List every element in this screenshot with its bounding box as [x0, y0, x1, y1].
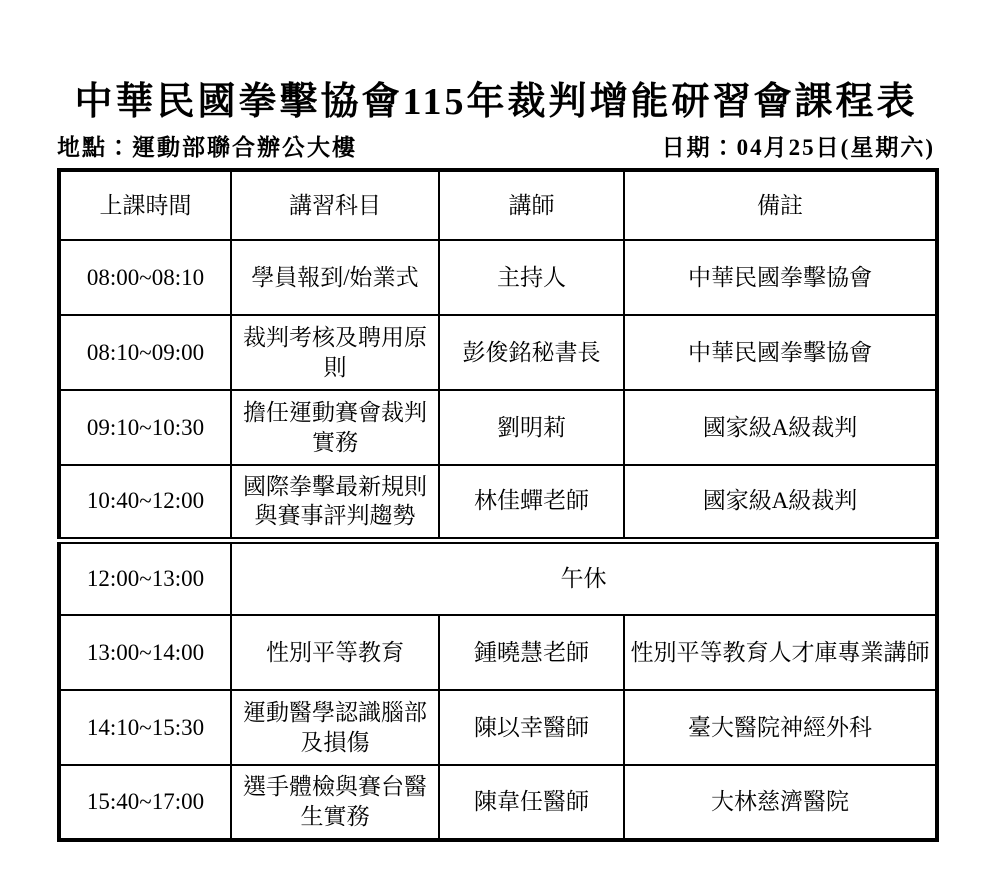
col-header-lecturer: 講師 — [439, 170, 624, 240]
cell-lunch-merged: 午休 — [231, 540, 937, 615]
meta-row: 地點：運動部聯合辦公大樓 日期：04月25日(星期六) — [57, 134, 935, 162]
cell-time: 10:40~12:00 — [59, 465, 231, 540]
table-row: 09:10~10:30 擔任運動賽會裁判實務 劉明莉 國家級A級裁判 — [59, 390, 937, 465]
cell-lecturer: 劉明莉 — [439, 390, 624, 465]
cell-time: 13:00~14:00 — [59, 615, 231, 690]
table-row: 15:40~17:00 選手體檢與賽台醫生實務 陳韋任醫師 大林慈濟醫院 — [59, 765, 937, 840]
cell-lecturer: 主持人 — [439, 240, 624, 315]
table-row-lunch: 12:00~13:00 午休 — [59, 540, 937, 615]
table-row: 10:40~12:00 國際拳擊最新規則與賽事評判趨勢 林佳蟬老師 國家級A級裁… — [59, 465, 937, 540]
cell-time: 08:10~09:00 — [59, 315, 231, 390]
cell-note: 國家級A級裁判 — [624, 390, 937, 465]
cell-note: 中華民國拳擊協會 — [624, 315, 937, 390]
cell-lecturer: 陳以幸醫師 — [439, 690, 624, 765]
table-row: 14:10~15:30 運動醫學認識腦部及損傷 陳以幸醫師 臺大醫院神經外科 — [59, 690, 937, 765]
cell-subject: 學員報到/始業式 — [231, 240, 439, 315]
cell-time: 14:10~15:30 — [59, 690, 231, 765]
cell-subject: 擔任運動賽會裁判實務 — [231, 390, 439, 465]
cell-subject: 國際拳擊最新規則與賽事評判趨勢 — [231, 465, 439, 540]
cell-time: 09:10~10:30 — [59, 390, 231, 465]
document-page: 中華民國拳擊協會115年裁判增能研習會課程表 地點：運動部聯合辦公大樓 日期：0… — [0, 0, 985, 884]
table-row: 08:00~08:10 學員報到/始業式 主持人 中華民國拳擊協會 — [59, 240, 937, 315]
cell-note: 性別平等教育人才庫專業講師 — [624, 615, 937, 690]
cell-time: 15:40~17:00 — [59, 765, 231, 840]
cell-note: 國家級A級裁判 — [624, 465, 937, 540]
date-label: 日期：04月25日(星期六) — [662, 134, 935, 162]
course-schedule-table: 上課時間 講習科目 講師 備註 08:00~08:10 學員報到/始業式 主持人… — [57, 168, 939, 842]
cell-time: 12:00~13:00 — [59, 540, 231, 615]
location-label: 地點：運動部聯合辦公大樓 — [57, 134, 357, 162]
cell-lecturer: 鍾曉慧老師 — [439, 615, 624, 690]
cell-lecturer: 林佳蟬老師 — [439, 465, 624, 540]
cell-time: 08:00~08:10 — [59, 240, 231, 315]
cell-lecturer: 彭俊銘秘書長 — [439, 315, 624, 390]
cell-note: 臺大醫院神經外科 — [624, 690, 937, 765]
col-header-subject: 講習科目 — [231, 170, 439, 240]
col-header-time: 上課時間 — [59, 170, 231, 240]
page-title: 中華民國拳擊協會115年裁判增能研習會課程表 — [57, 80, 935, 126]
table-row: 13:00~14:00 性別平等教育 鍾曉慧老師 性別平等教育人才庫專業講師 — [59, 615, 937, 690]
cell-subject: 運動醫學認識腦部及損傷 — [231, 690, 439, 765]
table-row: 08:10~09:00 裁判考核及聘用原則 彭俊銘秘書長 中華民國拳擊協會 — [59, 315, 937, 390]
cell-subject: 選手體檢與賽台醫生實務 — [231, 765, 439, 840]
cell-subject: 性別平等教育 — [231, 615, 439, 690]
table-header-row: 上課時間 講習科目 講師 備註 — [59, 170, 937, 240]
cell-note: 中華民國拳擊協會 — [624, 240, 937, 315]
col-header-note: 備註 — [624, 170, 937, 240]
cell-subject: 裁判考核及聘用原則 — [231, 315, 439, 390]
cell-note: 大林慈濟醫院 — [624, 765, 937, 840]
cell-lecturer: 陳韋任醫師 — [439, 765, 624, 840]
